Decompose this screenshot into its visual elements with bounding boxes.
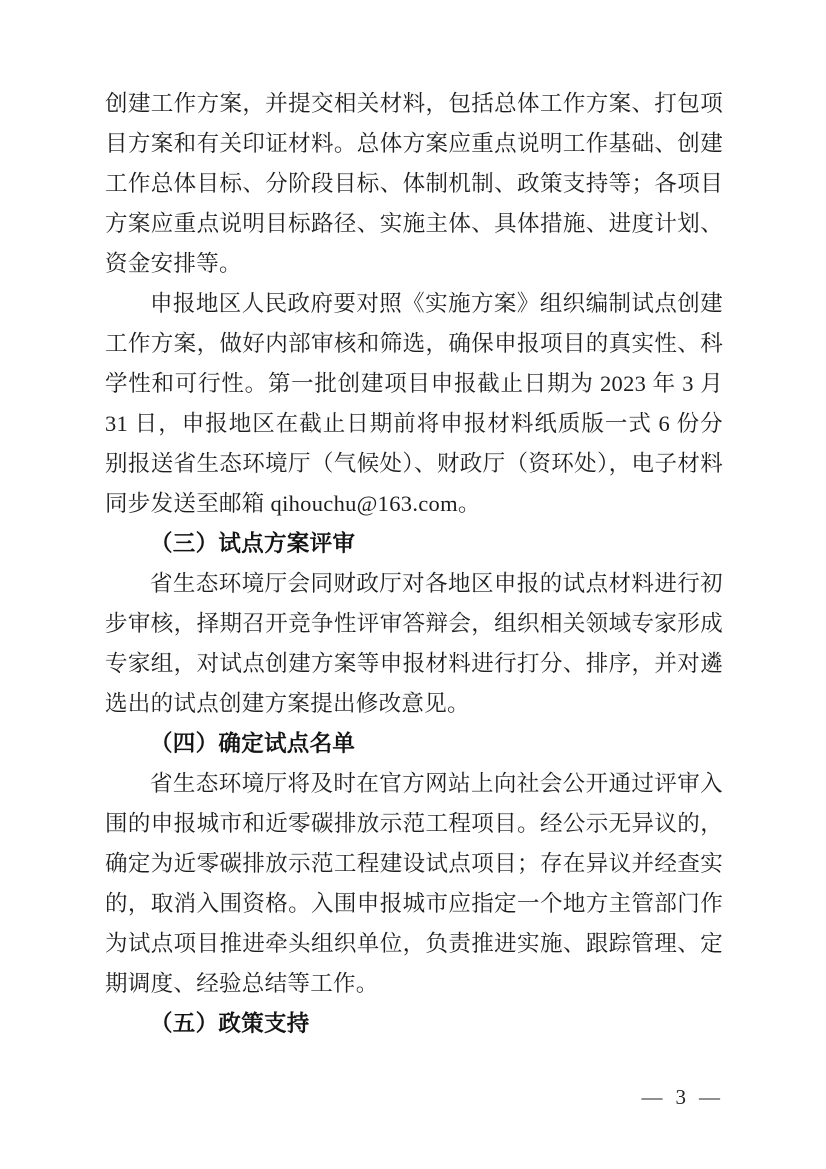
paragraph-review-process: 省生态环境厅会同财政厅对各地区申报的试点材料进行初步审核，择期召开竞争性评审答辩… <box>105 564 723 724</box>
document-page: 创建工作方案，并提交相关材料，包括总体工作方案、打包项目方案和有关印证材料。总体… <box>0 0 826 1169</box>
paragraph-application-submission: 申报地区人民政府要对照《实施方案》组织编制试点创建工作方案，做好内部审核和筛选，… <box>105 284 723 524</box>
footer-dash-right: — <box>699 1084 720 1110</box>
document-body: 创建工作方案，并提交相关材料，包括总体工作方案、打包项目方案和有关印证材料。总体… <box>105 84 723 1044</box>
section-heading-4-confirm-pilot-list: （四）确定试点名单 <box>105 724 723 764</box>
page-number: 3 <box>676 1084 687 1110</box>
paragraph-continuation: 创建工作方案，并提交相关材料，包括总体工作方案、打包项目方案和有关印证材料。总体… <box>105 84 723 284</box>
page-footer: — 3 — <box>642 1084 721 1110</box>
section-heading-3-pilot-plan-review: （三）试点方案评审 <box>105 524 723 564</box>
paragraph-publicity-and-confirmation: 省生态环境厅将及时在官方网站上向社会公开通过评审入围的申报城市和近零碳排放示范工… <box>105 764 723 1004</box>
section-heading-5-policy-support: （五）政策支持 <box>105 1004 723 1044</box>
footer-dash-left: — <box>642 1084 663 1110</box>
